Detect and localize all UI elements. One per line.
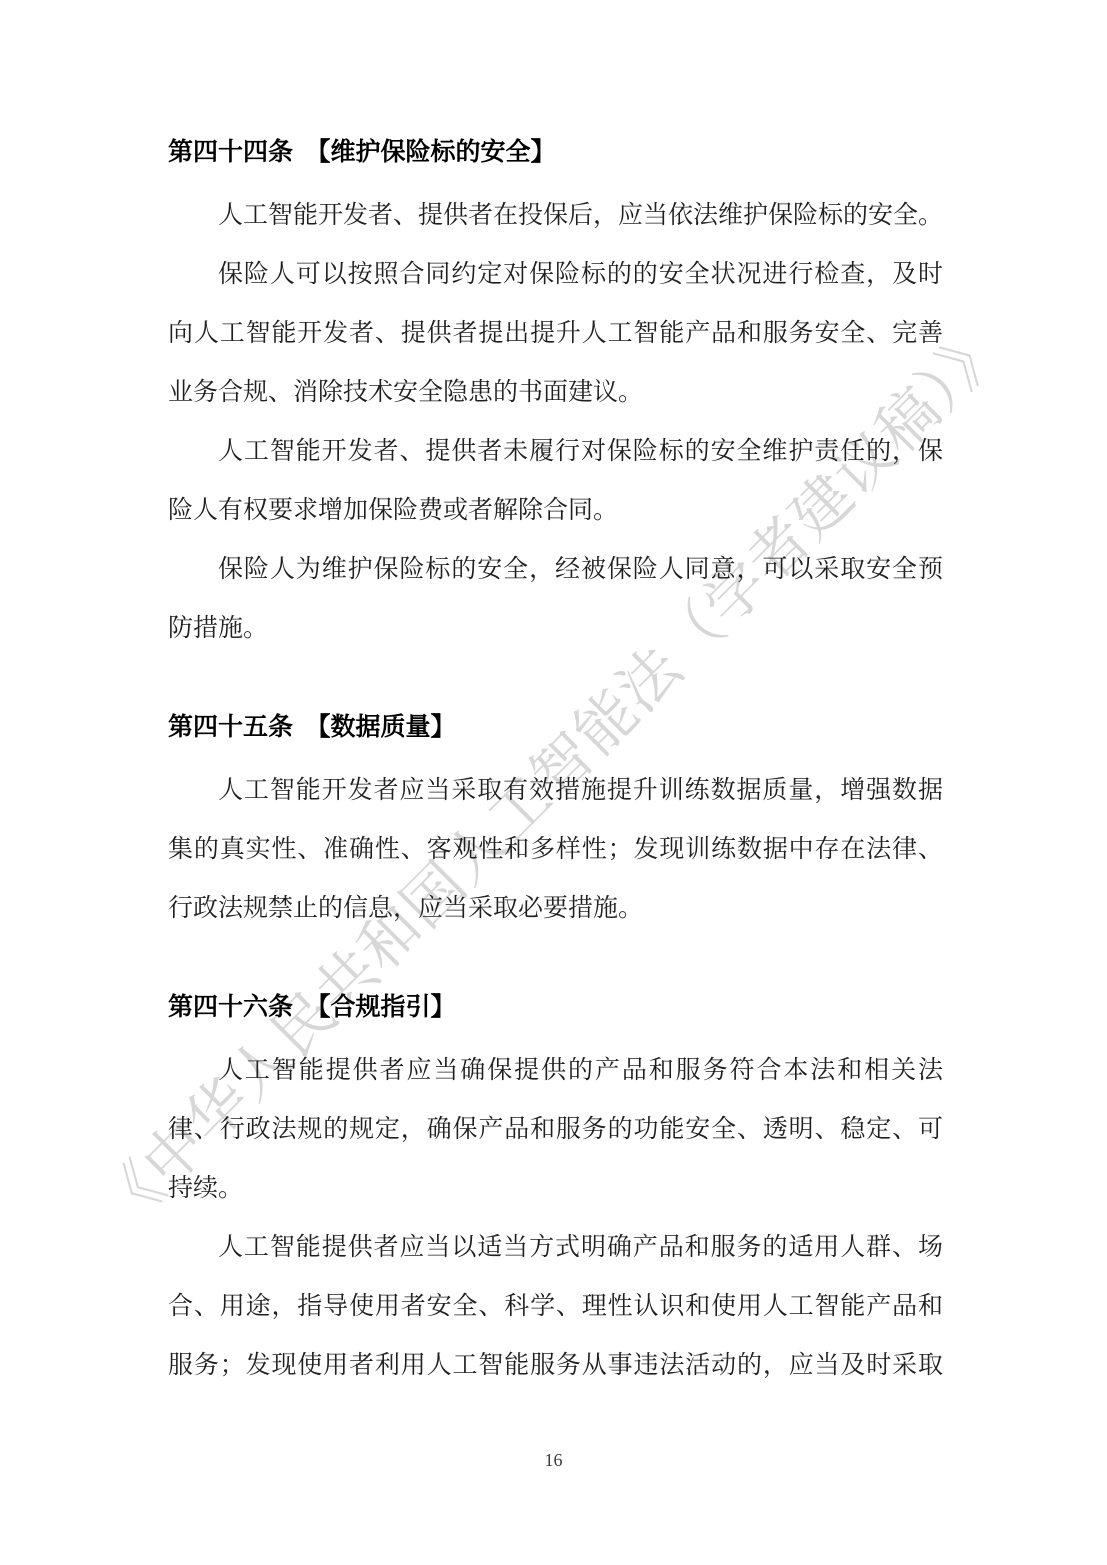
text-line: 人工智能开发者应当采取有效措施提升训练数据质量，增强数据: [168, 761, 943, 820]
article-heading: 第四十六条 【合规指引】: [168, 978, 943, 1037]
article-46-section: 第四十六条 【合规指引】 人工智能提供者应当确保提供的产品和服务符合本法和相关法…: [168, 978, 943, 1395]
text-line: 业务合规、消除技术安全隐患的书面建议。: [168, 363, 943, 422]
article-heading: 第四十四条 【维护保险标的安全】: [168, 123, 943, 182]
text-line: 险人有权要求增加保险费或者解除合同。: [168, 481, 943, 540]
article-45-section: 第四十五条 【数据质量】 人工智能开发者应当采取有效措施提升训练数据质量，增强数…: [168, 698, 943, 938]
text-line: 人工智能提供者应当以适当方式明确产品和服务的适用人群、场: [168, 1218, 943, 1277]
article-heading: 第四十五条 【数据质量】: [168, 698, 943, 757]
text-line: 向人工智能开发者、提供者提出提升人工智能产品和服务安全、完善: [168, 304, 943, 363]
text-line: 保险人可以按照合同约定对保险标的的安全状况进行检查，及时: [168, 245, 943, 304]
article-44-section: 第四十四条 【维护保险标的安全】 人工智能开发者、提供者在投保后，应当依法维护保…: [168, 123, 943, 658]
text-line: 集的真实性、准确性、客观性和多样性；发现训练数据中存在法律、: [168, 820, 943, 879]
text-line: 保险人为维护保险标的安全，经被保险人同意，可以采取安全预: [168, 540, 943, 599]
page-number: 16: [0, 1445, 1107, 1475]
text-line: 防措施。: [168, 599, 943, 658]
text-line: 持续。: [168, 1159, 943, 1218]
page-content: 第四十四条 【维护保险标的安全】 人工智能开发者、提供者在投保后，应当依法维护保…: [168, 123, 943, 1395]
text-line: 律、行政法规的规定，确保产品和服务的功能安全、透明、稳定、可: [168, 1100, 943, 1159]
text-line: 人工智能开发者、提供者在投保后，应当依法维护保险标的安全。: [168, 186, 943, 245]
text-line: 人工智能提供者应当确保提供的产品和服务符合本法和相关法: [168, 1041, 943, 1100]
text-line: 服务；发现使用者利用人工智能服务从事违法活动的，应当及时采取: [168, 1336, 943, 1395]
document-page: 《中华人民共和国人工智能法（学者建议稿）》 第四十四条 【维护保险标的安全】 人…: [0, 0, 1107, 1565]
text-line: 合、用途，指导使用者安全、科学、理性认识和使用人工智能产品和: [168, 1277, 943, 1336]
text-line: 人工智能开发者、提供者未履行对保险标的安全维护责任的，保: [168, 422, 943, 481]
text-line: 行政法规禁止的信息，应当采取必要措施。: [168, 879, 943, 938]
